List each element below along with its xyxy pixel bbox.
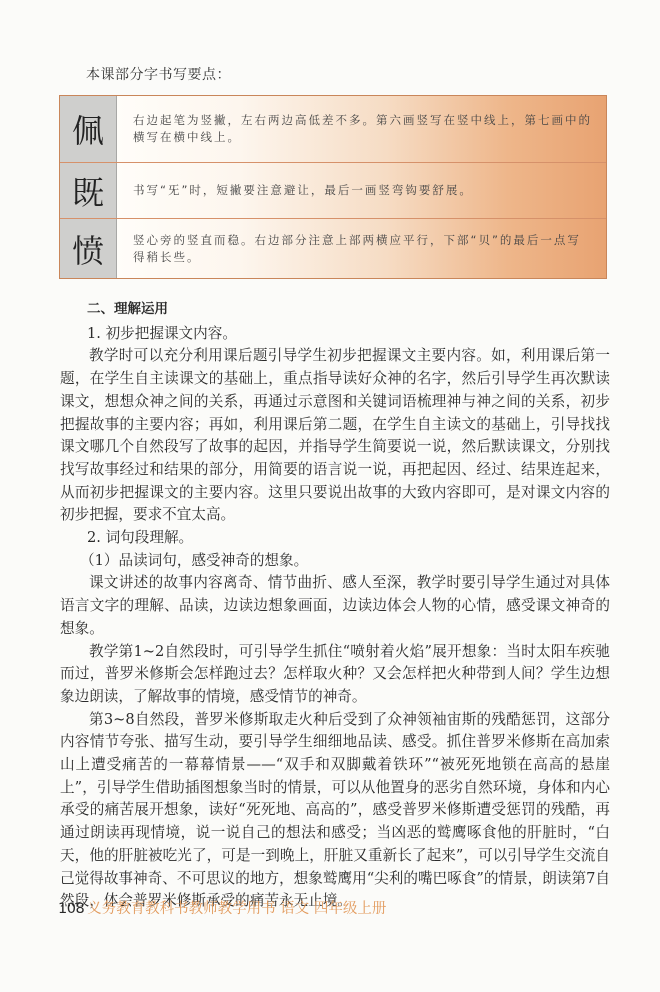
paragraph: 课文讲述的故事内容离奇、情节曲折、感人至深，教学时要引导学生通过对具体语言文字的…	[60, 572, 610, 640]
description-cell: 竖心旁的竖直而稳。右边部分注意上部两横应平行，下部“贝”的最后一点写得稍长些。	[117, 219, 606, 278]
character-cell: 既	[60, 163, 117, 218]
character-cell: 佩	[60, 96, 117, 162]
page-footer: 108义务教育教科书教师教学用书 语文 四年级上册	[58, 897, 386, 918]
textbook-page: 本课部分字书写要点： 佩 右边起笔为竖撇，左右两边高低差不多。第六画竖写在竖中线…	[0, 0, 660, 992]
paragraph: 第3~8自然段，普罗米修斯取走火种后受到了众神领袖宙斯的残酷惩罚，这部分内容情节…	[60, 709, 610, 913]
table-row: 既 书写“旡”时，短撇要注意避让，最后一画竖弯钩要舒展。	[60, 162, 606, 218]
table-row: 佩 右边起笔为竖撇，左右两边高低差不多。第六画竖写在竖中线上，第七画中的横写在横…	[60, 96, 606, 162]
book-title: 义务教育教科书教师教学用书 语文 四年级上册	[87, 901, 386, 917]
writing-points-table: 佩 右边起笔为竖撇，左右两边高低差不多。第六画竖写在竖中线上，第七画中的横写在横…	[59, 95, 607, 279]
table-row: 愤 竖心旁的竖直而稳。右边部分注意上部两横应平行，下部“贝”的最后一点写得稍长些…	[60, 218, 606, 278]
character-cell: 愤	[60, 219, 117, 278]
page-number: 108	[58, 901, 84, 917]
item-title: 2. 词句段理解。	[60, 527, 610, 550]
subitem-title: （1）品读词句，感受神奇的想象。	[60, 550, 610, 573]
section-heading: 二、理解运用	[60, 298, 610, 321]
paragraph: 教学时可以充分利用课后题引导学生初步把握课文主要内容。如，利用课后第一题，在学生…	[60, 345, 610, 527]
description-cell: 右边起笔为竖撇，左右两边高低差不多。第六画竖写在竖中线上，第七画中的横写在横中线…	[117, 96, 606, 162]
item-title: 1. 初步把握课文内容。	[60, 323, 610, 346]
writing-points-intro: 本课部分字书写要点：	[86, 64, 231, 84]
paragraph: 教学第1~2自然段时，可引导学生抓住“喷射着火焰”展开想象：当时太阳车疾驰而过，…	[60, 641, 610, 709]
main-content: 二、理解运用 1. 初步把握课文内容。 教学时可以充分利用课后题引导学生初步把握…	[60, 298, 610, 913]
description-cell: 书写“旡”时，短撇要注意避让，最后一画竖弯钩要舒展。	[117, 163, 606, 218]
